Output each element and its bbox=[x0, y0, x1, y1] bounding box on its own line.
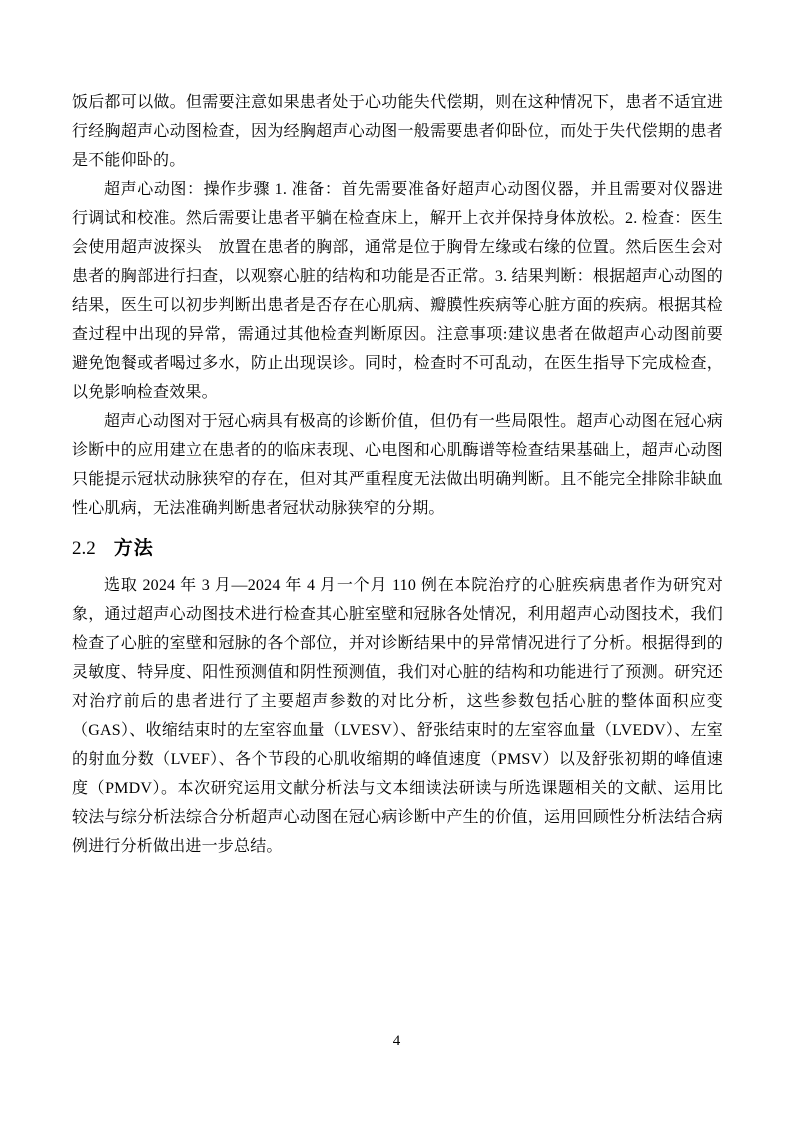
page-number: 4 bbox=[393, 1033, 401, 1049]
page-content: 饭后都可以做。但需要注意如果患者处于心功能失代偿期，则在这种情况下，患者不适宜进… bbox=[72, 88, 723, 861]
section-heading-methods: 2.2 方法 bbox=[72, 535, 723, 562]
section-heading-title: 方法 bbox=[114, 535, 154, 562]
document-page: 饭后都可以做。但需要注意如果患者处于心功能失代偿期，则在这种情况下，患者不适宜进… bbox=[0, 0, 793, 1122]
page-footer: 4 bbox=[0, 1032, 793, 1050]
paragraph-continuation-echo-suitability: 饭后都可以做。但需要注意如果患者处于心功能失代偿期，则在这种情况下，患者不适宜进… bbox=[72, 88, 723, 175]
paragraph-methods-description: 选取 2024 年 3 月—2024 年 4 月一个月 110 例在本院治疗的心… bbox=[72, 571, 723, 861]
paragraph-echo-diagnostic-limitations: 超声心动图对于冠心病具有极高的诊断价值，但仍有一些局限性。超声心动图在冠心病诊断… bbox=[72, 407, 723, 523]
paragraph-echo-operation-steps: 超声心动图：操作步骤 1. 准备：首先需要准备好超声心动图仪器，并且需要对仪器进… bbox=[72, 175, 723, 407]
section-heading-number: 2.2 bbox=[72, 535, 96, 562]
